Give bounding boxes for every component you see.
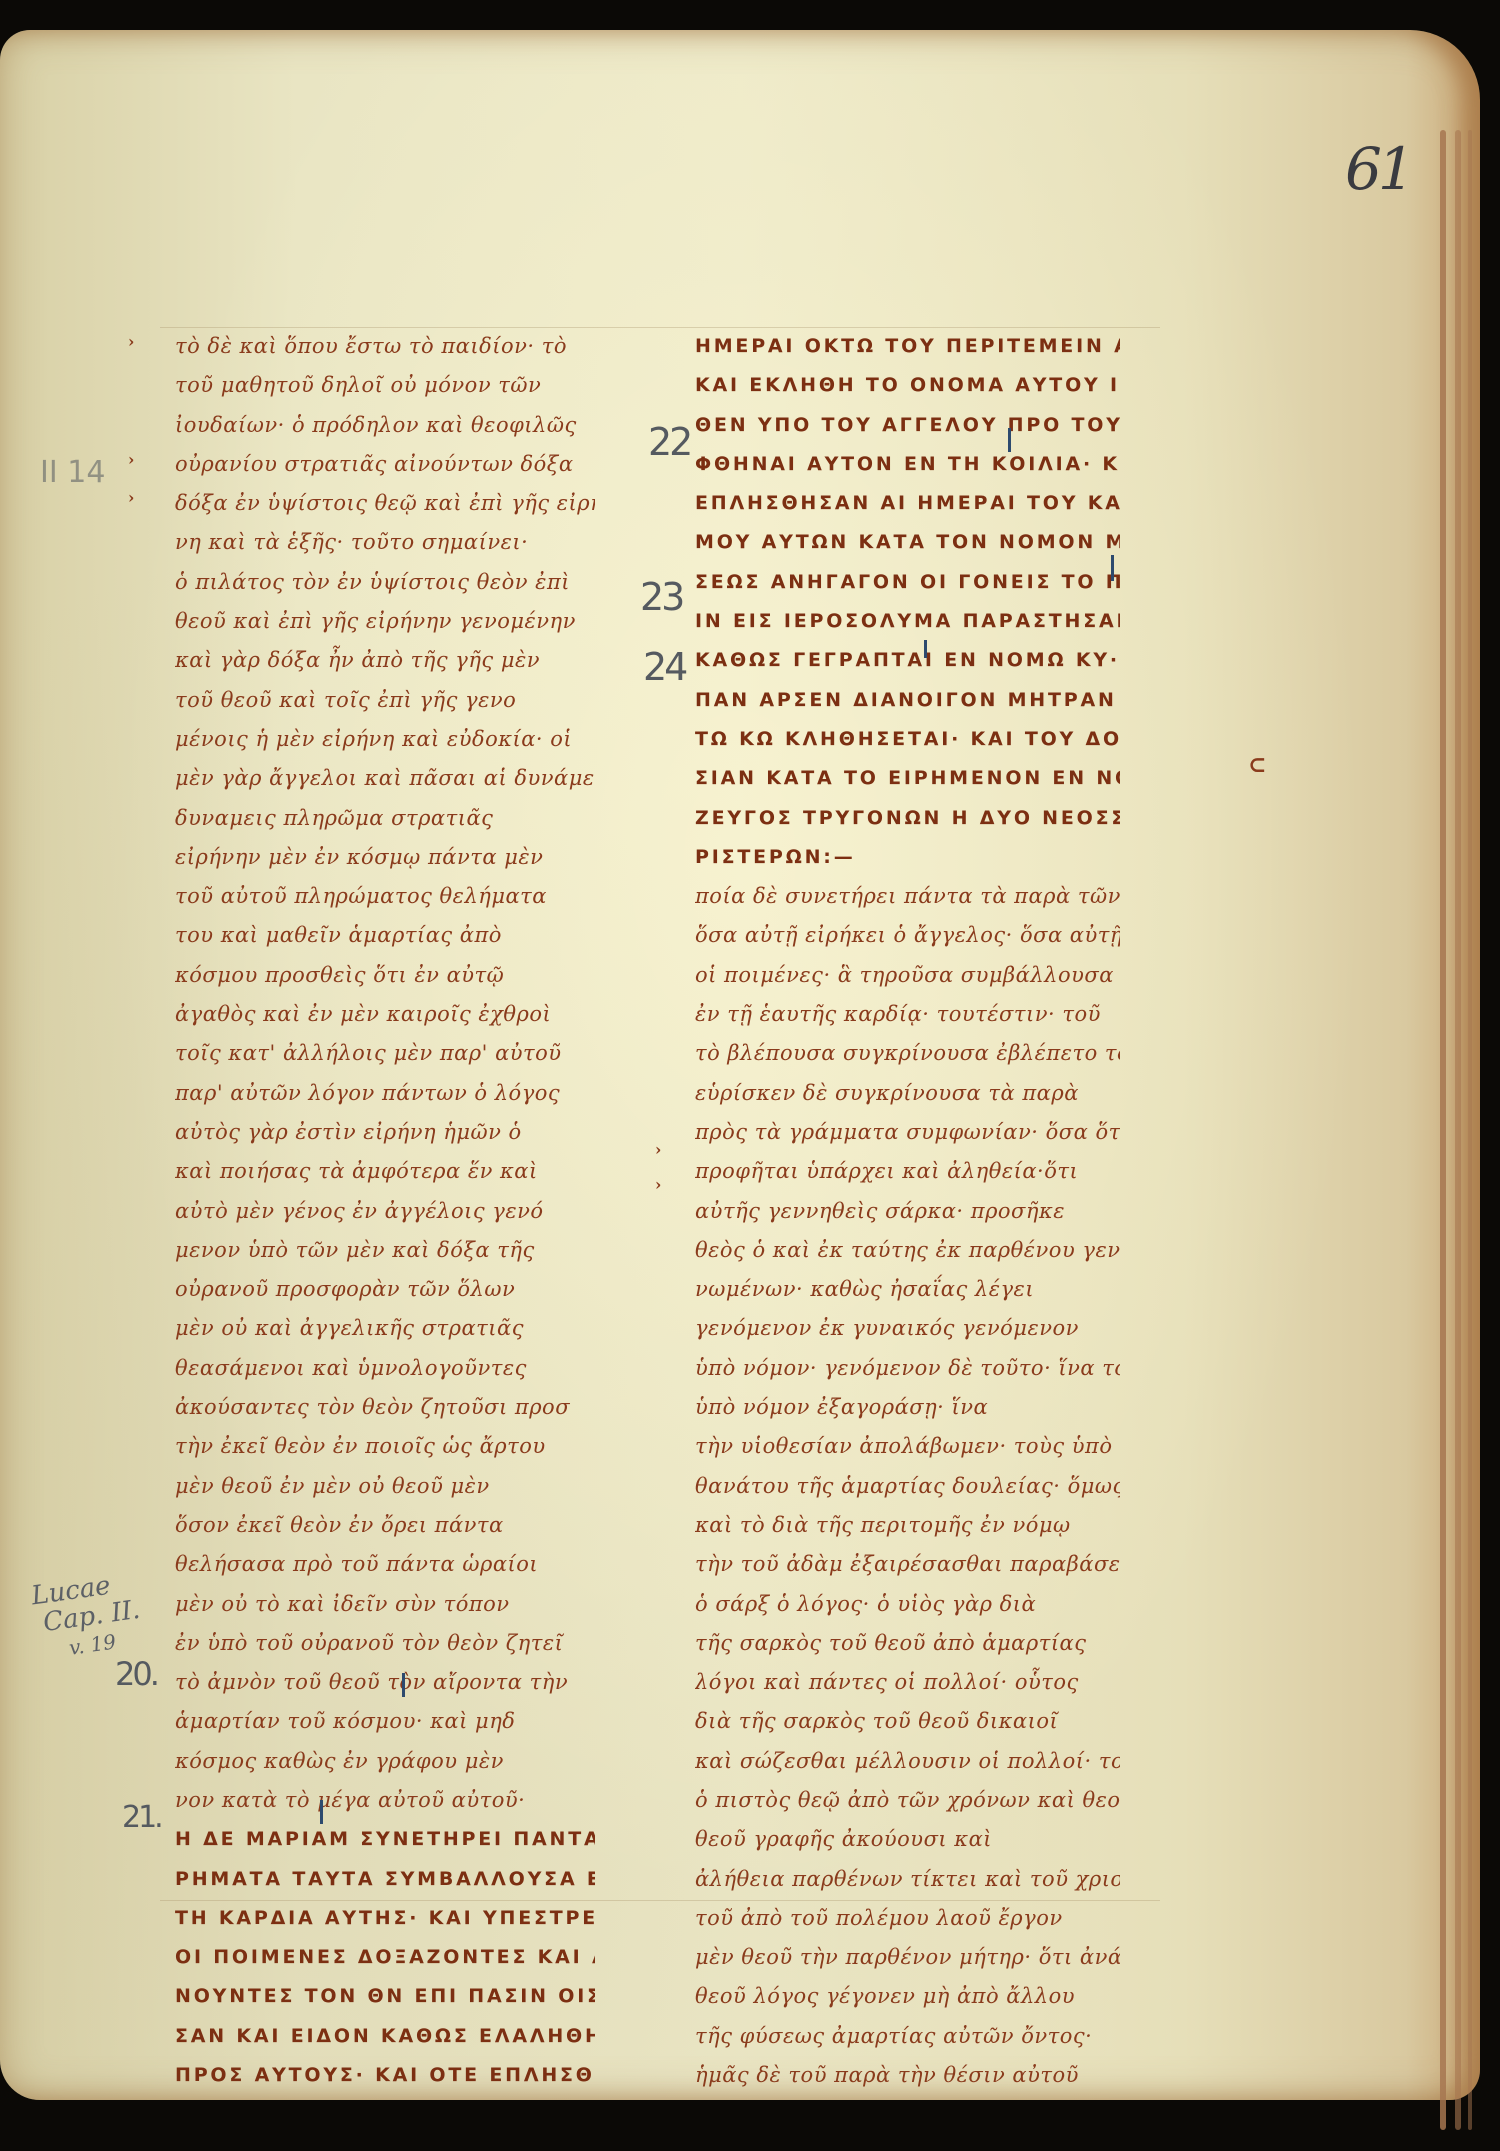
- commentary-line: παρ' αὐτῶν λόγον πάντων ὁ λόγος: [175, 1074, 595, 1113]
- commentary-line: ἡμᾶς δὲ τοῦ παρὰ τὴν θέσιν αὐτοῦ: [695, 2056, 1120, 2095]
- uncial-line: ΠΡΟΣ ΑΥΤΟΥΣ· ΚΑΙ ΟΤΕ ΕΠΛΗΣΘΗΣΑΝ: [175, 2056, 595, 2095]
- commentary-line: μένοις ἡ μὲν εἰρήνη καὶ εὐδοκία· οἱ: [175, 720, 595, 759]
- page-edge: [1468, 130, 1472, 2130]
- commentary-line: τοῖς κατ' ἀλλήλοις μὲν παρ' αὐτοῦ: [175, 1034, 595, 1073]
- commentary-line: γενόμενον ἐκ γυναικός γενόμενον: [695, 1309, 1120, 1348]
- commentary-line: ὁ σάρξ ὁ λόγος· ὁ υἱὸς γὰρ διὰ: [695, 1585, 1120, 1624]
- uncial-line: ΤΩ ΚΩ ΚΛΗΘΗΣΕΤΑΙ· ΚΑΙ ΤΟΥ ΔΟΥΝΑΙ ΘΥ: [695, 720, 1120, 759]
- commentary-line: τὴν ἐκεῖ θεὸν ἐν ποιοῖς ὡς ἄρτου: [175, 1427, 595, 1466]
- uncial-line: ΚΑΙ ΕΚΛΗΘΗ ΤΟ ΟΝΟΜΑ ΑΥΤΟΥ ΙΣ ΤΟ ΚΛΗ: [695, 366, 1120, 405]
- pencil-mark: [1111, 555, 1114, 581]
- commentary-line: πρὸς τὰ γράμματα συμφωνίαν· ὅσα ὅτι: [695, 1113, 1120, 1152]
- uncial-line: ΟΙ ΠΟΙΜΕΝΕΣ ΔΟΞΑΖΟΝΤΕΣ ΚΑΙ ΑΙ: [175, 1938, 595, 1977]
- chevron-marker: ›: [128, 450, 134, 469]
- uncial-line: ΡΗΜΑΤΑ ΤΑΥΤΑ ΣΥΜΒΑΛΛΟΥΣΑ ΕΝ: [175, 1860, 595, 1899]
- commentary-line: καὶ γὰρ δόξα ἦν ἀπὸ τῆς γῆς μὲν: [175, 641, 595, 680]
- uncial-line: ΣΑΝ ΚΑΙ ΕΙΔΟΝ ΚΑΘΩΣ ΕΛΑΛΗΘΗ: [175, 2017, 595, 2056]
- commentary-line: καὶ τὸ διὰ τῆς περιτομῆς ἐν νόμῳ: [695, 1506, 1120, 1545]
- commentary-line: λόγοι καὶ πάντες οἱ πολλοί· οὗτος: [695, 1663, 1120, 1702]
- uncial-line: ΣΕΩΣ ΑΝΗΓΑΓΟΝ ΟΙ ΓΟΝΕΙΣ ΤΟ ΠΑΙΔΙΟΝ·: [695, 563, 1120, 602]
- uncial-line: ΣΙΑΝ ΚΑΤΑ ΤΟ ΕΙΡΗΜΕΝΟΝ ΕΝ ΝΟΜΩ ΚΥ·: [695, 759, 1120, 798]
- commentary-line: αὐτὸ μὲν γένος ἐν ἀγγέλοις γενό: [175, 1192, 595, 1231]
- uncial-line: ΙΝ ΕΙΣ ΙΕΡΟΣΟΛΥΜΑ ΠΑΡΑΣΤΗΣΑΙ ΤΩ ΚΩ: [695, 602, 1120, 641]
- uncial-line: ΡΙΣΤΕΡΩΝ:—: [695, 838, 1120, 877]
- commentary-line: ἀλήθεια παρθένων τίκτει καὶ τοῦ χριστοῦ: [695, 1860, 1120, 1899]
- uncial-line: Η ΔΕ ΜΑΡΙΑΜ ΣΥΝΕΤΗΡΕΙ ΠΑΝΤΑ ΤΑ: [175, 1820, 595, 1859]
- commentary-line: κόσμος καθὼς ἐν γράφου μὲν: [175, 1742, 595, 1781]
- uncial-line: ΚΑΘΩΣ ΓΕΓΡΑΠΤΑΙ ΕΝ ΝΟΜΩ ΚΥ· ΟΤΙ: [695, 641, 1120, 680]
- commentary-line: αὐτῆς γεννηθεὶς σάρκα· προσῆκε: [695, 1192, 1120, 1231]
- left-column: τὸ δὲ καὶ ὅπου ἔστω τὸ παιδίον· τὸτοῦ μα…: [175, 327, 595, 2095]
- ornament-icon: ⊂: [1248, 752, 1266, 778]
- commentary-line: θεοῦ λόγος γέγονεν μὴ ἀπὸ ἄλλου: [695, 1977, 1120, 2016]
- commentary-line: ἁμαρτίαν τοῦ κόσμου· καὶ μηδ: [175, 1702, 595, 1741]
- pencil-mark: [320, 1800, 323, 1824]
- page-edge: [1455, 130, 1461, 2130]
- pencil-mark: [1008, 428, 1011, 452]
- commentary-line: θεοῦ γραφῆς ἀκούουσι καὶ: [695, 1820, 1120, 1859]
- commentary-line: τοῦ αὐτοῦ πληρώματος θελήματα: [175, 877, 595, 916]
- commentary-line: καὶ σώζεσθαι μέλλουσιν οἱ πολλοί· τουτέσ…: [695, 1742, 1120, 1781]
- right-column: ΗΜΕΡΑΙ ΟΚΤΩ ΤΟΥ ΠΕΡΙΤΕΜΕΙΝ ΑΥΤΟΝΚΑΙ ΕΚΛΗ…: [695, 327, 1120, 2095]
- commentary-line: δυναμεις πληρῶμα στρατιᾶς: [175, 799, 595, 838]
- commentary-line: θεοῦ καὶ ἐπὶ γῆς εἰρήνην γενομένην: [175, 602, 595, 641]
- uncial-line: ΦΘΗΝΑΙ ΑΥΤΟΝ ΕΝ ΤΗ ΚΟΙΛΙΑ· ΚΑΙ ΟΤΕ: [695, 445, 1120, 484]
- commentary-line: οὐρανίου στρατιᾶς αἰνούντων δόξα: [175, 445, 595, 484]
- commentary-line: τὸ βλέπουσα συγκρίνουσα ἐβλέπετο τοῦτο: [695, 1034, 1120, 1073]
- commentary-line: ποία δὲ συνετήρει πάντα τὰ παρὰ τῶν ἀγγέ…: [695, 877, 1120, 916]
- commentary-line: νωμένων· καθὼς ἠσαΐας λέγει: [695, 1270, 1120, 1309]
- verse-number: 24: [643, 645, 685, 689]
- verse-number: 21.: [122, 1800, 161, 1835]
- commentary-line: ὑπὸ νόμον· γενόμενον δὲ τοῦτο· ἵνα τοὺς: [695, 1349, 1120, 1388]
- commentary-line: μὲν θεοῦ τὴν παρθένον μήτηρ· ὅτι ἀνάρχου: [695, 1938, 1120, 1977]
- commentary-line: τοῦ ἀπὸ τοῦ πολέμου λαοῦ ἔργον: [695, 1899, 1120, 1938]
- commentary-line: τὴν υἱοθεσίαν ἀπολάβωμεν· τοὺς ὑπὸ: [695, 1427, 1120, 1466]
- chevron-marker: ›: [655, 1140, 661, 1159]
- uncial-line: ΕΠΛΗΣΘΗΣΑΝ ΑΙ ΗΜΕΡΑΙ ΤΟΥ ΚΑΘΑΡΙΣ: [695, 484, 1120, 523]
- uncial-line: ΖΕΥΓΟΣ ΤΡΥΓΟΝΩΝ Η ΔΥΟ ΝΕΟΣΣΟΥΣ ΠΕ: [695, 799, 1120, 838]
- commentary-line: μενον ὑπὸ τῶν μὲν καὶ δόξα τῆς: [175, 1231, 595, 1270]
- commentary-line: ὅσον ἐκεῖ θεὸν ἐν ὄρει πάντα: [175, 1506, 595, 1545]
- commentary-line: τὸ δὲ καὶ ὅπου ἔστω τὸ παιδίον· τὸ: [175, 327, 595, 366]
- commentary-line: ὁ πιλάτος τὸν ἐν ὑψίστοις θεὸν ἐπὶ: [175, 563, 595, 602]
- chevron-marker: ›: [128, 332, 134, 351]
- commentary-line: μὲν γὰρ ἄγγελοι καὶ πᾶσαι αἱ δυνάμεις: [175, 759, 595, 798]
- commentary-line: θεὸς ὁ καὶ ἐκ ταύτης ἐκ παρθένου γεν: [695, 1231, 1120, 1270]
- commentary-line: ὅσα αὐτῇ εἰρήκει ὁ ἄγγελος· ὅσα αὐτῇ: [695, 916, 1120, 955]
- uncial-line: ΠΑΝ ΑΡΣΕΝ ΔΙΑΝΟΙΓΟΝ ΜΗΤΡΑΝ ΑΓΙΟΝ: [695, 681, 1120, 720]
- commentary-line: ἀγαθὸς καὶ ἐν μὲν καιροῖς ἐχθροὶ: [175, 995, 595, 1034]
- commentary-line: του καὶ μαθεῖν ἁμαρτίας ἀπὸ: [175, 916, 595, 955]
- commentary-line: οἱ ποιμένες· ἃ τηροῦσα συμβάλλουσα: [695, 956, 1120, 995]
- uncial-line: ΗΜΕΡΑΙ ΟΚΤΩ ΤΟΥ ΠΕΡΙΤΕΜΕΙΝ ΑΥΤΟΝ: [695, 327, 1120, 366]
- commentary-line: μὲν θεοῦ ἐν μὲν οὐ θεοῦ μὲν: [175, 1467, 595, 1506]
- verse-number: 23: [640, 575, 682, 619]
- uncial-line: ΝΟΥΝΤΕΣ ΤΟΝ ΘΝ ΕΠΙ ΠΑΣΙΝ ΟΙΣ ΗΚΟΥ: [175, 1977, 595, 2016]
- commentary-line: ἀκούσαντες τὸν θεὸν ζητοῦσι προσ: [175, 1388, 595, 1427]
- commentary-line: εὑρίσκεν δὲ συγκρίνουσα τὰ παρὰ: [695, 1074, 1120, 1113]
- commentary-line: τῆς σαρκὸς τοῦ θεοῦ ἀπὸ ἁμαρτίας: [695, 1624, 1120, 1663]
- commentary-line: προφῆται ὑπάρχει καὶ ἀληθεία·ὅτι: [695, 1152, 1120, 1191]
- commentary-line: καὶ ποιήσας τὰ ἀμφότερα ἕν καὶ: [175, 1152, 595, 1191]
- commentary-line: διὰ τῆς σαρκὸς τοῦ θεοῦ δικαιοῖ: [695, 1702, 1120, 1741]
- uncial-line: ΜΟΥ ΑΥΤΩΝ ΚΑΤΑ ΤΟΝ ΝΟΜΟΝ ΜΩΥ: [695, 523, 1120, 562]
- commentary-line: δόξα ἐν ὑψίστοις θεῷ καὶ ἐπὶ γῆς εἰρή: [175, 484, 595, 523]
- commentary-line: τὴν τοῦ ἀδὰμ ἐξαιρέσασθαι παραβάσει·: [695, 1545, 1120, 1584]
- commentary-line: ἐν τῇ ἑαυτῆς καρδίᾳ· τουτέστιν· τοῦ: [695, 995, 1120, 1034]
- commentary-line: θελήσασα πρὸ τοῦ πάντα ὡραίοι: [175, 1545, 595, 1584]
- commentary-line: ὑπὸ νόμον ἐξαγοράσῃ· ἵνα: [695, 1388, 1120, 1427]
- chevron-marker: ›: [655, 1175, 661, 1194]
- chevron-marker: ›: [128, 488, 134, 507]
- pencil-mark: [402, 1673, 405, 1697]
- commentary-line: ἐν ὑπὸ τοῦ οὐρανοῦ τὸν θεὸν ζητεῖ: [175, 1624, 595, 1663]
- verse-number: 20.: [115, 1655, 157, 1693]
- commentary-line: ἰουδαίων· ὁ πρόδηλον καὶ θεοφιλῶς: [175, 406, 595, 445]
- commentary-line: οὐρανοῦ προσφορὰν τῶν ὅλων: [175, 1270, 595, 1309]
- commentary-line: μὲν οὐ καὶ ἀγγελικῆς στρατιᾶς: [175, 1309, 595, 1348]
- commentary-line: τὸ ἀμνὸν τοῦ θεοῦ τὸν αἴροντα τὴν: [175, 1663, 595, 1702]
- margin-note: II 14: [40, 455, 105, 490]
- commentary-line: τοῦ θεοῦ καὶ τοῖς ἐπὶ γῆς γενο: [175, 681, 595, 720]
- verse-number: 22: [648, 420, 690, 464]
- commentary-line: θανάτου τῆς ἁμαρτίας δουλείας· ὅμως: [695, 1467, 1120, 1506]
- commentary-line: μὲν οὐ τὸ καὶ ἰδεῖν σὺν τόπον: [175, 1585, 595, 1624]
- uncial-line: ΘΕΝ ΥΠΟ ΤΟΥ ΑΓΓΕΛΟΥ ΠΡΟ ΤΟΥ ΣΥΛΛΗΜ: [695, 406, 1120, 445]
- commentary-line: νον κατὰ τὸ μέγα αὐτοῦ αὐτοῦ·: [175, 1781, 595, 1820]
- commentary-line: κόσμου προσθεὶς ὅτι ἐν αὐτῷ: [175, 956, 595, 995]
- commentary-line: νη καὶ τὰ ἑξῆς· τοῦτο σημαίνει·: [175, 523, 595, 562]
- pencil-mark: [924, 640, 927, 658]
- commentary-line: ὁ πιστὸς θεῷ ἀπὸ τῶν χρόνων καὶ θεοῦ· τῆ…: [695, 1781, 1120, 1820]
- commentary-line: τοῦ μαθητοῦ δηλοῖ οὐ μόνον τῶν: [175, 366, 595, 405]
- page-edge: [1440, 130, 1446, 2130]
- uncial-line: ΤΗ ΚΑΡΔΙΑ ΑΥΤΗΣ· ΚΑΙ ΥΠΕΣΤΡΕΨΑΝ: [175, 1899, 595, 1938]
- book-reference-note: Lucae Cap. II. v. 19: [30, 1568, 146, 1666]
- commentary-line: αὐτὸς γὰρ ἐστὶν εἰρήνη ἡμῶν ὁ: [175, 1113, 595, 1152]
- commentary-line: θεασάμενοι καὶ ὑμνολογοῦντες: [175, 1349, 595, 1388]
- commentary-line: εἰρήνην μὲν ἐν κόσμῳ πάντα μὲν: [175, 838, 595, 877]
- commentary-line: τῆς φύσεως ἀμαρτίας αὐτῶν ὄντος·: [695, 2017, 1120, 2056]
- folio-number: 61: [1345, 135, 1411, 203]
